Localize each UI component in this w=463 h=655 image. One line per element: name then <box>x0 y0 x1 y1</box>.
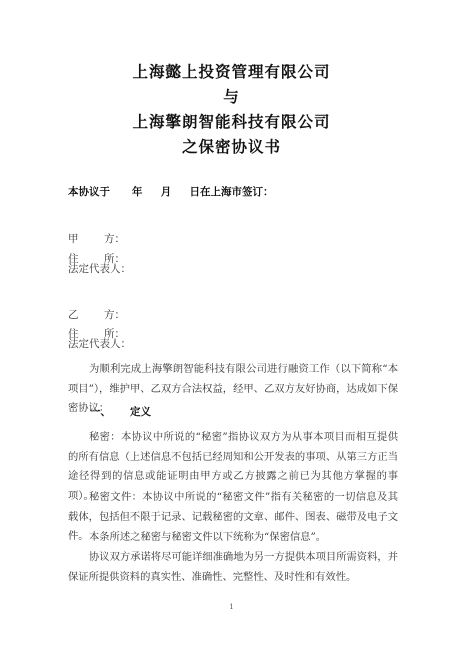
party-a-name-field: 甲方： <box>68 222 120 234</box>
title-company-a: 上海懿上投资管理有限公司 <box>0 60 463 82</box>
party-b-representative-field: 法定代表人： <box>68 336 131 351</box>
section-1-number: 一、 <box>90 404 130 419</box>
section-1-title: 定义 <box>130 406 151 418</box>
party-a-representative-label: 法定代表人： <box>68 263 131 275</box>
party-b-name-field: 乙方： <box>68 298 120 310</box>
title-agreement-name: 之保密协议书 <box>0 135 463 157</box>
confidential-info-paragraph: 本条所述之秘密与秘密文件以下统称为“保密信息”。 <box>68 528 398 548</box>
title-conjunction: 与 <box>0 85 463 107</box>
party-a-representative-field: 法定代表人： <box>68 261 131 276</box>
section-1-heading: 一、定义 <box>90 404 151 419</box>
page-number: 1 <box>0 603 463 611</box>
title-company-b: 上海擎朗智能科技有限公司 <box>0 110 463 132</box>
signing-date-line: 本协议于 年 月 日在上海市签订： <box>68 184 274 199</box>
party-b-representative-label: 法定代表人： <box>68 338 131 350</box>
document-page: 上海懿上投资管理有限公司 与 上海擎朗智能科技有限公司 之保密协议书 本协议于 … <box>0 0 463 655</box>
information-commitment-paragraph: 协议双方承诺将尽可能详细准确地为另一方提供本项目所需资料，并保证所提供资料的真实… <box>68 548 398 587</box>
party-a-address-field: 住所： <box>68 242 120 254</box>
party-b-address-field: 住所： <box>68 317 120 329</box>
